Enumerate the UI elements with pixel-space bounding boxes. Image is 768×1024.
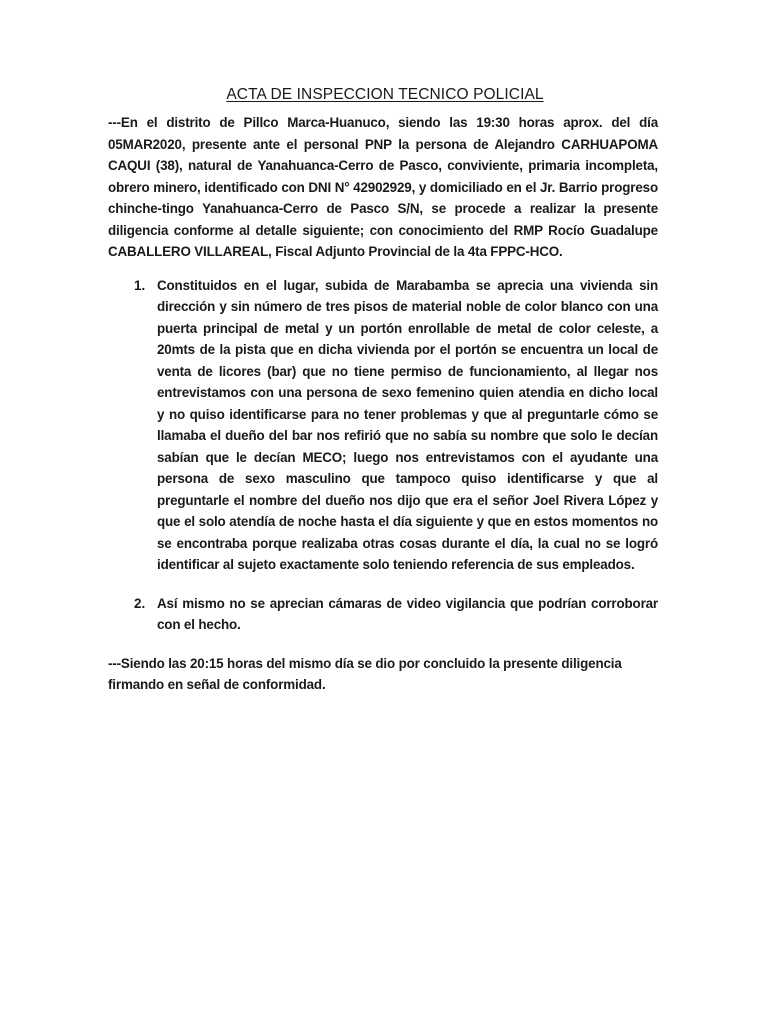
list-item-number: 2.	[134, 593, 145, 615]
list-item-number: 1.	[134, 275, 145, 297]
document-page: ACTA DE INSPECCION TECNICO POLICIAL ---E…	[108, 86, 658, 696]
document-title: ACTA DE INSPECCION TECNICO POLICIAL	[108, 86, 658, 104]
list-item-text: Constituidos en el lugar, subida de Mara…	[157, 275, 658, 576]
list-item: 2. Así mismo no se aprecian cámaras de v…	[108, 593, 658, 636]
closing-paragraph: ---Siendo las 20:15 horas del mismo día …	[108, 653, 658, 696]
intro-paragraph: ---En el distrito de Pillco Marca-Huanuc…	[108, 112, 658, 263]
list-item: 1. Constituidos en el lugar, subida de M…	[108, 275, 658, 576]
list-item-text: Así mismo no se aprecian cámaras de vide…	[157, 593, 658, 636]
findings-list: 1. Constituidos en el lugar, subida de M…	[108, 275, 658, 636]
